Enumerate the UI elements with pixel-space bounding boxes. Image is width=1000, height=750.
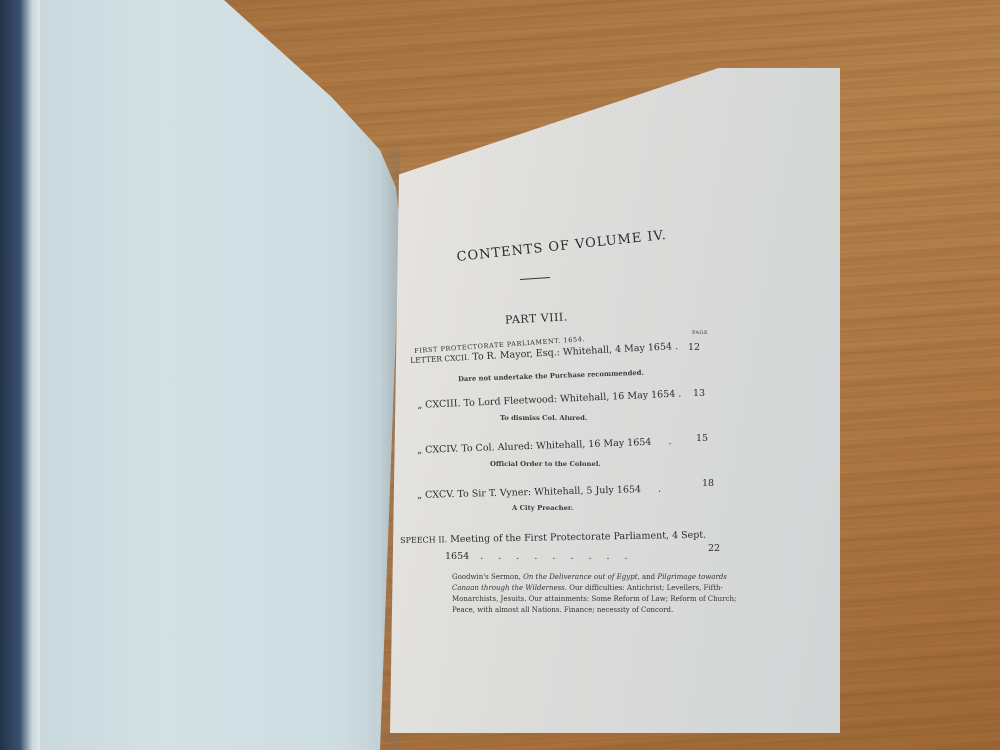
speech-title: Meeting of the First Protectorate Parlia… — [450, 530, 706, 545]
contents-page: CONTENTS OF VOLUME IV. PART VIII. FIRST … — [400, 80, 840, 730]
entry-note: Dare not undertake the Purchase recommen… — [458, 369, 644, 383]
entry-prefix: „ CXCIII. — [417, 398, 461, 411]
entry-note: A City Preacher. — [512, 504, 573, 512]
ornament-divider — [520, 277, 550, 280]
entry-prefix: „ CXCV. — [417, 489, 455, 501]
summary-italic: On the Deliverance out of Egypt — [523, 573, 637, 581]
speech-title-line2: 1654 . . . . . . . . . — [445, 551, 634, 562]
entry-note: Official Order to the Colonel. — [490, 460, 601, 468]
entry-text: To Lord Fleetwood: Whitehall, 16 May 165… — [463, 389, 675, 409]
entry-text: To Col. Alured: Whitehall, 16 May 1654 — [461, 437, 651, 455]
speech-dots: . . . . . . . . . — [480, 551, 633, 562]
book-cover-edge — [0, 0, 40, 750]
speech-year: 1654 — [445, 551, 469, 562]
entry-dots: . — [675, 341, 679, 352]
toc-speech-entry: SPEECH II. Meeting of the First Protecto… — [400, 530, 706, 546]
left-page-blank — [0, 0, 400, 750]
speech-page-number: 22 — [708, 543, 720, 554]
entry-note: To dismiss Col. Alured. — [500, 414, 587, 422]
entry-prefix: LETTER CXCII. — [410, 353, 469, 365]
entry-prefix: „ CXCIV. — [417, 444, 458, 456]
entry-page-number: 12 — [688, 342, 700, 353]
toc-entry: „ CXCIII. To Lord Fleetwood: Whitehall, … — [417, 388, 682, 411]
page-column-header: PAGE — [692, 330, 708, 336]
summary-text: , and — [638, 573, 658, 581]
entry-page-number: 15 — [696, 433, 708, 444]
speech-prefix: SPEECH II. — [400, 535, 447, 545]
toc-entry: „ CXCIV. To Col. Alured: Whitehall, 16 M… — [417, 436, 672, 456]
entry-page-number: 13 — [693, 388, 705, 399]
entry-dots: . — [668, 436, 671, 447]
entry-page-number: 18 — [702, 478, 714, 489]
part-heading: PART VIII. — [505, 310, 568, 326]
entry-dots: . — [658, 484, 661, 495]
entry-text: To Sir T. Vyner: Whitehall, 5 July 1654 — [457, 484, 641, 500]
summary-text: Goodwin's Sermon, — [452, 573, 523, 581]
page-title: CONTENTS OF VOLUME IV. — [456, 228, 667, 265]
toc-entry: „ CXCV. To Sir T. Vyner: Whitehall, 5 Ju… — [417, 484, 661, 501]
entry-dots: . — [678, 388, 682, 399]
speech-summary: Goodwin's Sermon, On the Deliverance out… — [452, 572, 752, 616]
